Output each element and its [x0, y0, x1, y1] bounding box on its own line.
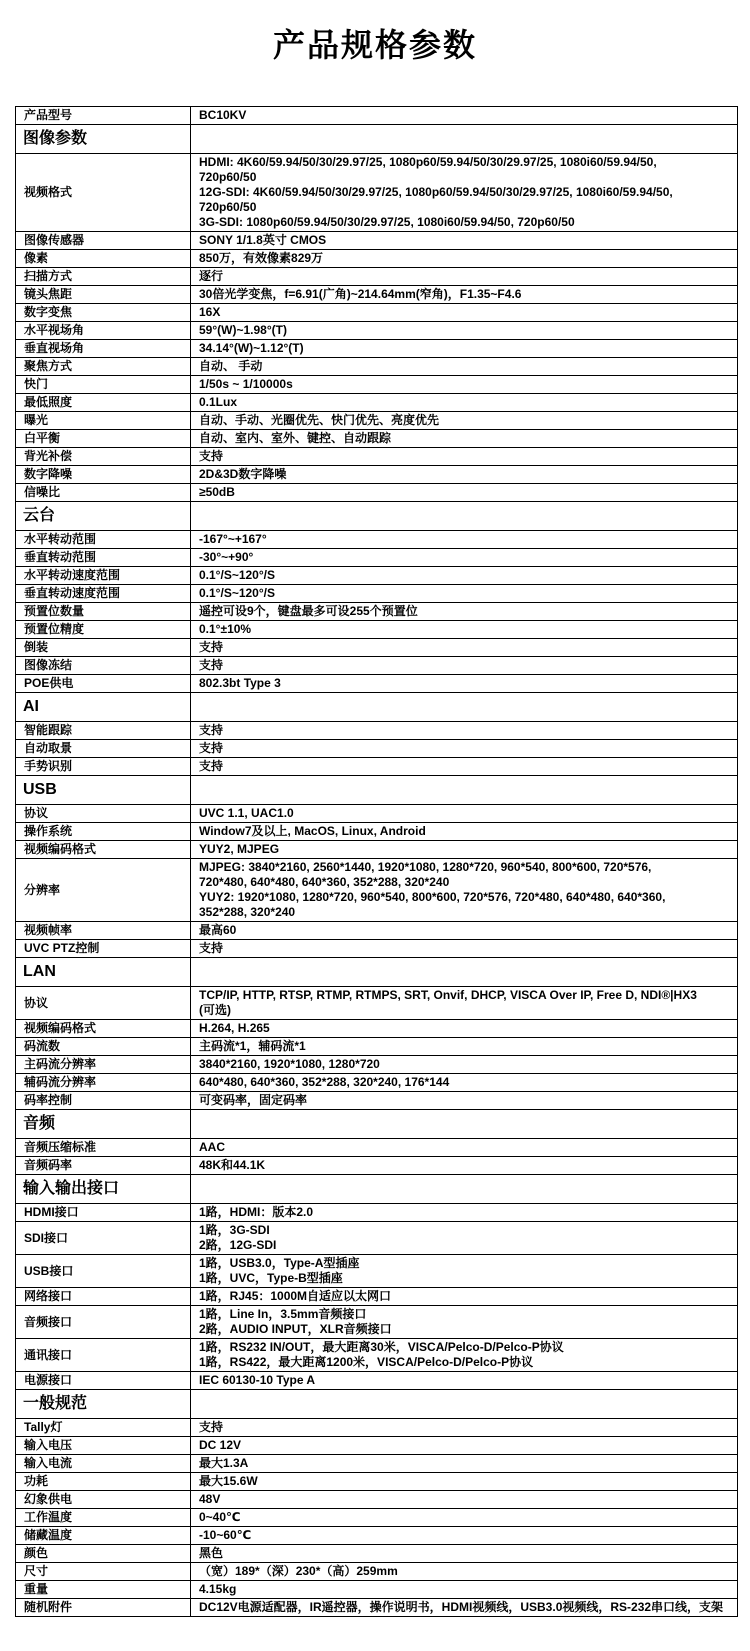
spec-section-empty-cell	[191, 776, 738, 805]
spec-label: 音频压缩标准	[16, 1139, 191, 1157]
spec-section-row: 输入输出接口	[16, 1175, 738, 1204]
spec-label: 重量	[16, 1581, 191, 1599]
spec-label: 白平衡	[16, 430, 191, 448]
spec-section-row: USB	[16, 776, 738, 805]
spec-section-label: 图像参数	[16, 125, 191, 154]
spec-row: 随机附件 DC12V电源适配器，IR遥控器，操作说明书，HDMI视频线，USB3…	[16, 1599, 738, 1617]
spec-value: 30倍光学变焦，f=6.91(广角)~214.64mm(窄角)，F1.35~F4…	[191, 286, 738, 304]
spec-label: Tally灯	[16, 1419, 191, 1437]
spec-section-empty-cell	[191, 502, 738, 531]
spec-value: 1路，USB3.0，Type-A型插座 1路，UVC，Type-B型插座	[191, 1255, 738, 1288]
spec-value: DC 12V	[191, 1437, 738, 1455]
spec-row: 功耗 最大15.6W	[16, 1473, 738, 1491]
spec-row: 码流数 主码流*1，辅码流*1	[16, 1038, 738, 1056]
spec-row: 镜头焦距 30倍光学变焦，f=6.91(广角)~214.64mm(窄角)，F1.…	[16, 286, 738, 304]
spec-row: 像素 850万，有效像素829万	[16, 250, 738, 268]
spec-row: 水平转动范围 -167°~+167°	[16, 531, 738, 549]
spec-value: DC12V电源适配器，IR遥控器，操作说明书，HDMI视频线，USB3.0视频线…	[191, 1599, 738, 1617]
spec-row: 音频码率 48K和44.1K	[16, 1157, 738, 1175]
spec-value: -30°~+90°	[191, 549, 738, 567]
spec-row: UVC PTZ控制 支持	[16, 940, 738, 958]
spec-section-row: LAN	[16, 958, 738, 987]
spec-row: 背光补偿 支持	[16, 448, 738, 466]
spec-value: 最大15.6W	[191, 1473, 738, 1491]
spec-section-label: USB	[16, 776, 191, 805]
spec-value: 0.1°/S~120°/S	[191, 585, 738, 603]
spec-value: 2D&3D数字降噪	[191, 466, 738, 484]
spec-row: 视频格式 HDMI: 4K60/59.94/50/30/29.97/25, 10…	[16, 154, 738, 232]
spec-value: IEC 60130-10 Type A	[191, 1372, 738, 1390]
spec-value: H.264, H.265	[191, 1020, 738, 1038]
spec-section-label: 音频	[16, 1110, 191, 1139]
spec-label: 辅码流分辨率	[16, 1074, 191, 1092]
spec-label: 音频接口	[16, 1306, 191, 1339]
spec-row: 水平视场角 59°(W)~1.98°(T)	[16, 322, 738, 340]
spec-value: 59°(W)~1.98°(T)	[191, 322, 738, 340]
spec-label: 倒装	[16, 639, 191, 657]
spec-label: 信噪比	[16, 484, 191, 502]
spec-label: 曝光	[16, 412, 191, 430]
spec-sheet-page: 产品规格参数 产品型号 BC10KV 图像参数 视频格式 HDMI: 4K60/…	[0, 0, 750, 1651]
spec-label: 扫描方式	[16, 268, 191, 286]
spec-row: 储藏温度 -10~60℃	[16, 1527, 738, 1545]
spec-label: 垂直视场角	[16, 340, 191, 358]
spec-table-body: 产品型号 BC10KV 图像参数 视频格式 HDMI: 4K60/59.94/5…	[16, 107, 738, 1617]
spec-label: 产品型号	[16, 107, 191, 125]
spec-value: SONY 1/1.8英寸 CMOS	[191, 232, 738, 250]
spec-value: Window7及以上, MacOS, Linux, Android	[191, 823, 738, 841]
spec-value: 自动、室内、室外、键控、自动跟踪	[191, 430, 738, 448]
page-title: 产品规格参数	[0, 26, 750, 64]
spec-row: 音频接口 1路，Line In，3.5mm音频接口 2路，AUDIO INPUT…	[16, 1306, 738, 1339]
spec-label: 视频帧率	[16, 922, 191, 940]
spec-value: 逐行	[191, 268, 738, 286]
spec-row: 图像传感器 SONY 1/1.8英寸 CMOS	[16, 232, 738, 250]
spec-label: 输入电流	[16, 1455, 191, 1473]
spec-value: HDMI: 4K60/59.94/50/30/29.97/25, 1080p60…	[191, 154, 738, 232]
spec-label: 操作系统	[16, 823, 191, 841]
spec-section-label: 输入输出接口	[16, 1175, 191, 1204]
spec-value: 自动、手动、光圈优先、快门优先、亮度优先	[191, 412, 738, 430]
spec-value: 支持	[191, 758, 738, 776]
spec-value: 支持	[191, 639, 738, 657]
spec-label: 垂直转动范围	[16, 549, 191, 567]
spec-row: 重量 4.15kg	[16, 1581, 738, 1599]
spec-label: 工作温度	[16, 1509, 191, 1527]
spec-row: 通讯接口 1路，RS232 IN/OUT，最大距离30米，VISCA/Pelco…	[16, 1339, 738, 1372]
spec-value: 支持	[191, 1419, 738, 1437]
spec-row: 自动取景 支持	[16, 740, 738, 758]
spec-value: 最高60	[191, 922, 738, 940]
spec-value: 支持	[191, 657, 738, 675]
spec-row: 协议 UVC 1.1, UAC1.0	[16, 805, 738, 823]
spec-row: POE供电 802.3bt Type 3	[16, 675, 738, 693]
spec-value: 1/50s ~ 1/10000s	[191, 376, 738, 394]
spec-label: 电源接口	[16, 1372, 191, 1390]
spec-section-empty-cell	[191, 1175, 738, 1204]
spec-row: 视频编码格式 H.264, H.265	[16, 1020, 738, 1038]
spec-label: 幻象供电	[16, 1491, 191, 1509]
spec-label: 协议	[16, 987, 191, 1020]
spec-value: 0.1°/S~120°/S	[191, 567, 738, 585]
spec-label: 分辨率	[16, 859, 191, 922]
spec-value: -10~60℃	[191, 1527, 738, 1545]
spec-section-empty-cell	[191, 693, 738, 722]
spec-row: 视频帧率 最高60	[16, 922, 738, 940]
spec-value: 640*480, 640*360, 352*288, 320*240, 176*…	[191, 1074, 738, 1092]
spec-label: 协议	[16, 805, 191, 823]
spec-row: 协议 TCP/IP, HTTP, RTSP, RTMP, RTMPS, SRT,…	[16, 987, 738, 1020]
spec-value: （宽）189*（深）230*（高）259mm	[191, 1563, 738, 1581]
spec-value: 16X	[191, 304, 738, 322]
spec-value: BC10KV	[191, 107, 738, 125]
spec-row: 图像冻结 支持	[16, 657, 738, 675]
spec-value: 1路，3G-SDI 2路，12G-SDI	[191, 1222, 738, 1255]
spec-section-label: 云台	[16, 502, 191, 531]
spec-value: -167°~+167°	[191, 531, 738, 549]
spec-value: 48K和44.1K	[191, 1157, 738, 1175]
spec-label: 码流数	[16, 1038, 191, 1056]
spec-value: 自动、 手动	[191, 358, 738, 376]
spec-label: 颜色	[16, 1545, 191, 1563]
spec-row: 水平转动速度范围 0.1°/S~120°/S	[16, 567, 738, 585]
spec-value: 最大1.3A	[191, 1455, 738, 1473]
spec-row: 信噪比 ≥50dB	[16, 484, 738, 502]
spec-row: 工作温度 0~40℃	[16, 1509, 738, 1527]
spec-row: 数字降噪 2D&3D数字降噪	[16, 466, 738, 484]
spec-label: 视频编码格式	[16, 1020, 191, 1038]
spec-label: 图像传感器	[16, 232, 191, 250]
spec-value: 850万，有效像素829万	[191, 250, 738, 268]
spec-label: 水平转动速度范围	[16, 567, 191, 585]
spec-value: 1路，Line In，3.5mm音频接口 2路，AUDIO INPUT，XLR音…	[191, 1306, 738, 1339]
spec-label: 随机附件	[16, 1599, 191, 1617]
spec-row: 分辨率 MJPEG: 3840*2160, 2560*1440, 1920*10…	[16, 859, 738, 922]
spec-row: 白平衡 自动、室内、室外、键控、自动跟踪	[16, 430, 738, 448]
spec-value: 34.14°(W)~1.12°(T)	[191, 340, 738, 358]
spec-row: 垂直转动范围 -30°~+90°	[16, 549, 738, 567]
spec-value: UVC 1.1, UAC1.0	[191, 805, 738, 823]
spec-row: 产品型号 BC10KV	[16, 107, 738, 125]
spec-label: 智能跟踪	[16, 722, 191, 740]
spec-label: 自动取景	[16, 740, 191, 758]
spec-row: 输入电流 最大1.3A	[16, 1455, 738, 1473]
spec-row: 智能跟踪 支持	[16, 722, 738, 740]
spec-row: 颜色 黑色	[16, 1545, 738, 1563]
spec-section-empty-cell	[191, 958, 738, 987]
spec-row: 尺寸 （宽）189*（深）230*（高）259mm	[16, 1563, 738, 1581]
spec-value: YUY2, MJPEG	[191, 841, 738, 859]
spec-value: 0.1°±10%	[191, 621, 738, 639]
spec-label: 预置位精度	[16, 621, 191, 639]
spec-label: 尺寸	[16, 1563, 191, 1581]
spec-row: 垂直转动速度范围 0.1°/S~120°/S	[16, 585, 738, 603]
spec-row: Tally灯 支持	[16, 1419, 738, 1437]
spec-label: 最低照度	[16, 394, 191, 412]
spec-row: 快门 1/50s ~ 1/10000s	[16, 376, 738, 394]
spec-row: 扫描方式 逐行	[16, 268, 738, 286]
spec-value: 4.15kg	[191, 1581, 738, 1599]
spec-label: 水平转动范围	[16, 531, 191, 549]
spec-section-row: 音频	[16, 1110, 738, 1139]
spec-value: AAC	[191, 1139, 738, 1157]
spec-label: 快门	[16, 376, 191, 394]
spec-value: 支持	[191, 722, 738, 740]
spec-section-empty-cell	[191, 125, 738, 154]
spec-row: 音频压缩标准 AAC	[16, 1139, 738, 1157]
spec-label: POE供电	[16, 675, 191, 693]
spec-row: SDI接口 1路，3G-SDI 2路，12G-SDI	[16, 1222, 738, 1255]
spec-value: MJPEG: 3840*2160, 2560*1440, 1920*1080, …	[191, 859, 738, 922]
spec-row: 主码流分辨率 3840*2160, 1920*1080, 1280*720	[16, 1056, 738, 1074]
spec-row: 预置位数量 遥控可设9个，键盘最多可设255个预置位	[16, 603, 738, 621]
spec-value: 支持	[191, 940, 738, 958]
spec-value: 遥控可设9个，键盘最多可设255个预置位	[191, 603, 738, 621]
spec-label: 视频格式	[16, 154, 191, 232]
spec-label: 功耗	[16, 1473, 191, 1491]
spec-value: 3840*2160, 1920*1080, 1280*720	[191, 1056, 738, 1074]
spec-section-empty-cell	[191, 1110, 738, 1139]
spec-value: 802.3bt Type 3	[191, 675, 738, 693]
spec-value: 支持	[191, 740, 738, 758]
spec-row: 聚焦方式 自动、 手动	[16, 358, 738, 376]
spec-value: 支持	[191, 448, 738, 466]
spec-label: 像素	[16, 250, 191, 268]
spec-table: 产品型号 BC10KV 图像参数 视频格式 HDMI: 4K60/59.94/5…	[15, 106, 738, 1617]
spec-section-label: 一般规范	[16, 1390, 191, 1419]
spec-label: 数字变焦	[16, 304, 191, 322]
spec-row: USB接口 1路，USB3.0，Type-A型插座 1路，UVC，Type-B型…	[16, 1255, 738, 1288]
spec-row: 网络接口 1路，RJ45：1000M自适应以太网口	[16, 1288, 738, 1306]
spec-label: 水平视场角	[16, 322, 191, 340]
spec-label: 数字降噪	[16, 466, 191, 484]
spec-row: 曝光 自动、手动、光圈优先、快门优先、亮度优先	[16, 412, 738, 430]
spec-value: 1路，RS232 IN/OUT，最大距离30米，VISCA/Pelco-D/Pe…	[191, 1339, 738, 1372]
spec-label: USB接口	[16, 1255, 191, 1288]
spec-row: 垂直视场角 34.14°(W)~1.12°(T)	[16, 340, 738, 358]
spec-row: 幻象供电 48V	[16, 1491, 738, 1509]
spec-row: 电源接口 IEC 60130-10 Type A	[16, 1372, 738, 1390]
spec-row: 操作系统 Window7及以上, MacOS, Linux, Android	[16, 823, 738, 841]
spec-value: TCP/IP, HTTP, RTSP, RTMP, RTMPS, SRT, On…	[191, 987, 738, 1020]
spec-section-row: 云台	[16, 502, 738, 531]
spec-label: 聚焦方式	[16, 358, 191, 376]
spec-label: 镜头焦距	[16, 286, 191, 304]
spec-row: 输入电压 DC 12V	[16, 1437, 738, 1455]
spec-label: 图像冻结	[16, 657, 191, 675]
spec-section-label: AI	[16, 693, 191, 722]
spec-row: HDMI接口 1路，HDMI：版本2.0	[16, 1204, 738, 1222]
spec-label: 主码流分辨率	[16, 1056, 191, 1074]
spec-label: 网络接口	[16, 1288, 191, 1306]
spec-label: 储藏温度	[16, 1527, 191, 1545]
spec-section-label: LAN	[16, 958, 191, 987]
spec-row: 倒装 支持	[16, 639, 738, 657]
spec-label: 音频码率	[16, 1157, 191, 1175]
spec-label: 手势识别	[16, 758, 191, 776]
spec-label: SDI接口	[16, 1222, 191, 1255]
spec-label: 垂直转动速度范围	[16, 585, 191, 603]
spec-row: 预置位精度 0.1°±10%	[16, 621, 738, 639]
spec-label: 视频编码格式	[16, 841, 191, 859]
spec-label: 预置位数量	[16, 603, 191, 621]
spec-section-row: 图像参数	[16, 125, 738, 154]
spec-value: 48V	[191, 1491, 738, 1509]
spec-row: 数字变焦 16X	[16, 304, 738, 322]
spec-row: 手势识别 支持	[16, 758, 738, 776]
spec-row: 辅码流分辨率 640*480, 640*360, 352*288, 320*24…	[16, 1074, 738, 1092]
spec-row: 码率控制 可变码率，固定码率	[16, 1092, 738, 1110]
spec-section-empty-cell	[191, 1390, 738, 1419]
spec-value: 1路，RJ45：1000M自适应以太网口	[191, 1288, 738, 1306]
spec-label: 输入电压	[16, 1437, 191, 1455]
spec-label: HDMI接口	[16, 1204, 191, 1222]
spec-value: 0~40℃	[191, 1509, 738, 1527]
spec-row: 视频编码格式 YUY2, MJPEG	[16, 841, 738, 859]
spec-label: 背光补偿	[16, 448, 191, 466]
spec-value: ≥50dB	[191, 484, 738, 502]
spec-section-row: AI	[16, 693, 738, 722]
spec-value: 黑色	[191, 1545, 738, 1563]
spec-value: 可变码率，固定码率	[191, 1092, 738, 1110]
spec-section-row: 一般规范	[16, 1390, 738, 1419]
spec-label: UVC PTZ控制	[16, 940, 191, 958]
spec-label: 通讯接口	[16, 1339, 191, 1372]
spec-value: 0.1Lux	[191, 394, 738, 412]
spec-value: 1路，HDMI：版本2.0	[191, 1204, 738, 1222]
spec-row: 最低照度 0.1Lux	[16, 394, 738, 412]
spec-value: 主码流*1，辅码流*1	[191, 1038, 738, 1056]
spec-label: 码率控制	[16, 1092, 191, 1110]
